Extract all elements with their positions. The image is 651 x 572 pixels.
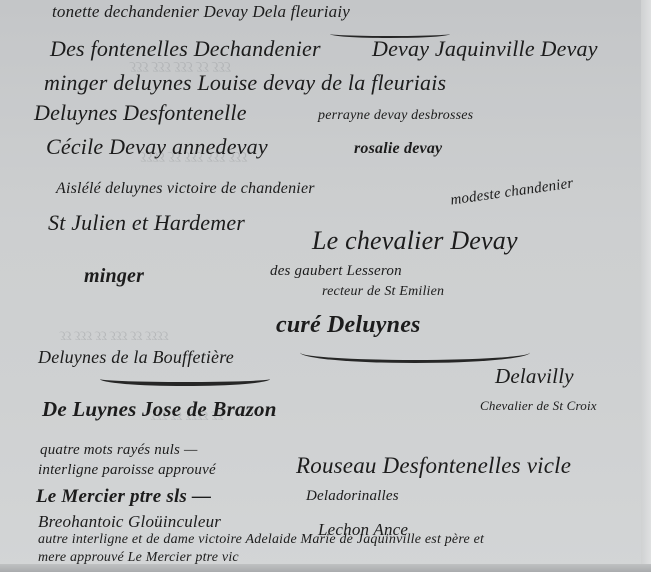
- signature-line: recteur de St Emilien: [322, 284, 444, 300]
- flourish-stroke: [100, 372, 270, 386]
- signature-line: curé Deluynes: [276, 312, 421, 339]
- signature-line: Aislélé deluynes victoire de chandenier: [56, 180, 315, 198]
- manuscript-page: ʒʒʒ ʒʒʒ ʒʒʒ ʒʒ ʒʒʒ ʒʒʒʒ ʒʒ ʒʒʒ ʒʒʒ ʒʒʒ ʒ…: [0, 0, 651, 572]
- page-edge: [0, 564, 651, 572]
- signature-line: minger: [84, 265, 144, 288]
- signature-line: Deluynes de la Bouffetière: [38, 347, 234, 368]
- page-edge: [641, 0, 651, 572]
- signature-line: Rouseau Desfontenelles vicle: [296, 453, 571, 479]
- flourish-stroke: [330, 30, 450, 38]
- signature-line: Deladorinalles: [306, 488, 399, 505]
- signature-line: St Julien et Hardemer: [48, 210, 245, 236]
- signature-line: autre interligne et de dame victoire Ade…: [38, 532, 484, 548]
- bleed-through-text: ʒʒ ʒʒʒ ʒʒ ʒʒʒ ʒʒ ʒʒʒʒ: [60, 330, 169, 346]
- signature-line: Chevalier de St Croix: [480, 398, 597, 414]
- signature-line: rosalie devay: [354, 140, 442, 158]
- flourish-stroke: [300, 342, 530, 363]
- signature-line: minger deluynes Louise devay de la fleur…: [44, 70, 446, 96]
- signature-line: Le chevalier Devay: [312, 226, 518, 256]
- signature-line: interligne paroisse approuvé: [38, 462, 216, 479]
- signature-line: Le Mercier ptre sls —: [36, 486, 211, 508]
- signature-line: Cécile Devay annedevay: [46, 134, 268, 160]
- signature-line: Devay Jaquinville Devay: [372, 36, 598, 62]
- signature-line: Delavilly: [495, 364, 574, 389]
- signature-line: Breohantoic Gloüinculeur: [38, 512, 221, 532]
- signature-line: quatre mots rayés nuls —: [40, 442, 198, 459]
- signature-line: modeste chandenier: [449, 175, 574, 209]
- signature-line: Deluynes Desfontenelle: [34, 100, 247, 126]
- signature-line: perrayne devay desbrosses: [318, 108, 473, 124]
- signature-line: De Luynes Jose de Brazon: [42, 397, 277, 422]
- signature-line: tonette dechandenier Devay Dela fleuriai…: [52, 2, 350, 22]
- signature-line: Des fontenelles Dechandenier: [50, 36, 321, 62]
- signature-line: des gaubert Lesseron: [270, 263, 402, 280]
